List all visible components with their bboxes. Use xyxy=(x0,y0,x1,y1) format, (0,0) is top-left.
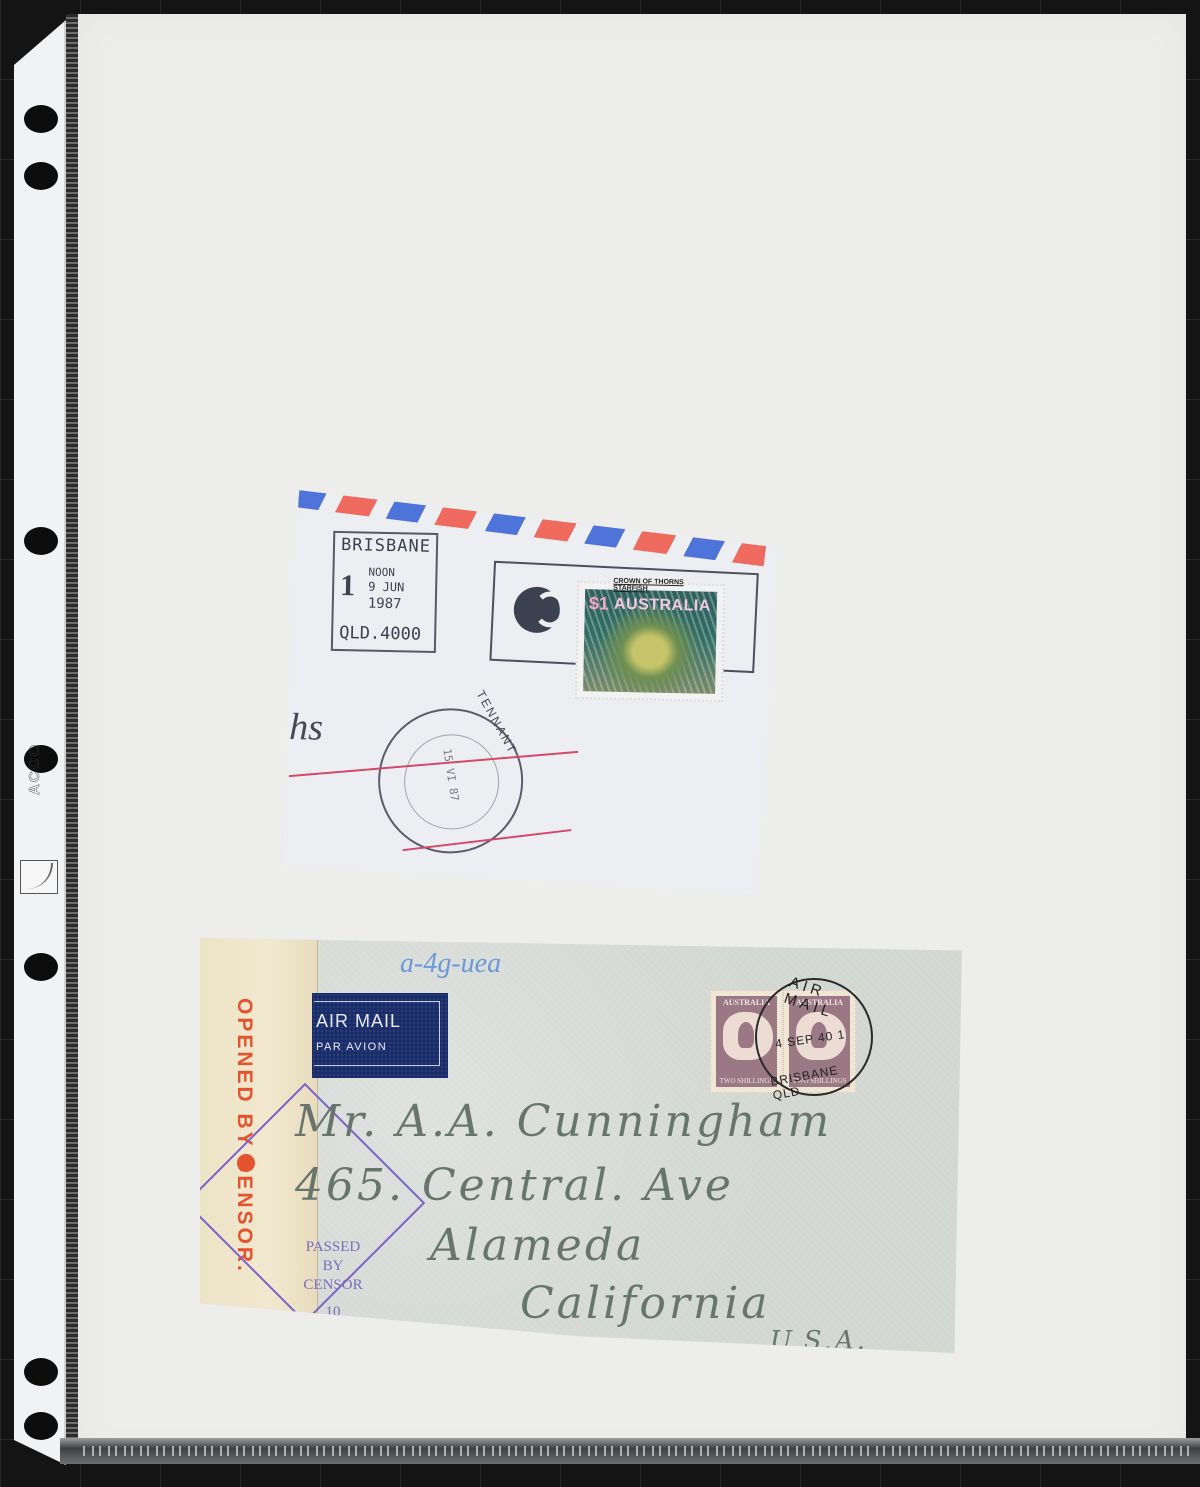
censor-cachet-line: CENSOR xyxy=(288,1276,378,1295)
postmark-machine-number: 1 xyxy=(340,569,356,603)
airmail-label-line-1: AIR MAIL xyxy=(316,1011,401,1032)
censor-cachet: PASSED BY CENSOR 10 xyxy=(288,1238,378,1322)
address-line-city: Alameda xyxy=(430,1220,645,1271)
censor-cachet-line: BY xyxy=(288,1257,378,1276)
binder-hole xyxy=(24,1412,58,1440)
kangaroo-icon xyxy=(738,1022,754,1048)
stamp-country: AUSTRALIA xyxy=(614,596,711,616)
censored-airmail-cover: OPENED BY CENSOR. AIR MAIL PAR AVION a-4… xyxy=(200,938,962,1353)
brisbane-machine-postmark: BRISBANE 1 NOON 9 JUN 1987 QLD.4000 xyxy=(331,531,438,653)
brisbane-airmail-postmark: AIR MAIL 4 SEP 40 1 BRISBANE QLD xyxy=(755,978,873,1096)
address-line-state: California xyxy=(520,1278,771,1329)
postmark-date: 9 JUN xyxy=(368,580,404,595)
binder-hole xyxy=(24,162,58,190)
acco-logo-icon xyxy=(20,860,58,894)
postmark-city: BRISBANE xyxy=(341,535,431,557)
censor-cachet-line: PASSED xyxy=(288,1238,378,1257)
cancel-town: TENNANT xyxy=(474,688,520,757)
address-line-street: 465. Central. Ave xyxy=(295,1160,734,1211)
postmark-year: 1987 xyxy=(368,596,402,613)
postmark-ring-text: AIR MAIL xyxy=(782,974,874,1033)
postmark-date: 4 SEP 40 1 xyxy=(774,1027,846,1051)
airmail-label-line-2: PAR AVION xyxy=(316,1041,387,1053)
binder-hole xyxy=(24,953,58,981)
australia-post-logo-icon xyxy=(513,586,561,634)
binder-hole xyxy=(24,105,58,133)
sleeve-brand-text: ACCO xyxy=(26,735,56,795)
airmail-etiquette: AIR MAIL PAR AVION xyxy=(312,993,448,1078)
stamp-value: $1 xyxy=(589,593,609,614)
pencil-note: a-4g-uea xyxy=(400,948,501,980)
postmark-postcode: QLD.4000 xyxy=(339,623,421,645)
address-line-name: Mr. A.A. Cunningham xyxy=(295,1096,832,1147)
handwritten-fragment: hs xyxy=(289,705,324,750)
cancel-date: 15 VI 87 xyxy=(440,748,461,802)
starfish-stamp: CROWN OF THORNS STARFISH $1 AUSTRALIA xyxy=(575,581,725,702)
stamp-caption: CROWN OF THORNS STARFISH xyxy=(613,578,717,594)
stamp-value: TWO SHILLINGS xyxy=(716,1077,777,1085)
sleeve-bottom-edge xyxy=(60,1438,1200,1464)
tennant-creek-cancel: TENNANT 15 VI 87 xyxy=(377,707,525,855)
airmail-fragment: BRISBANE 1 NOON 9 JUN 1987 QLD.4000 Aust… xyxy=(281,490,779,895)
binder-hole xyxy=(24,1358,58,1386)
sleeve-edge xyxy=(66,14,78,1464)
binder-hole xyxy=(24,527,58,555)
starfish-stamp-art: CROWN OF THORNS STARFISH $1 AUSTRALIA xyxy=(583,589,717,694)
postmark-time: NOON xyxy=(368,566,395,580)
